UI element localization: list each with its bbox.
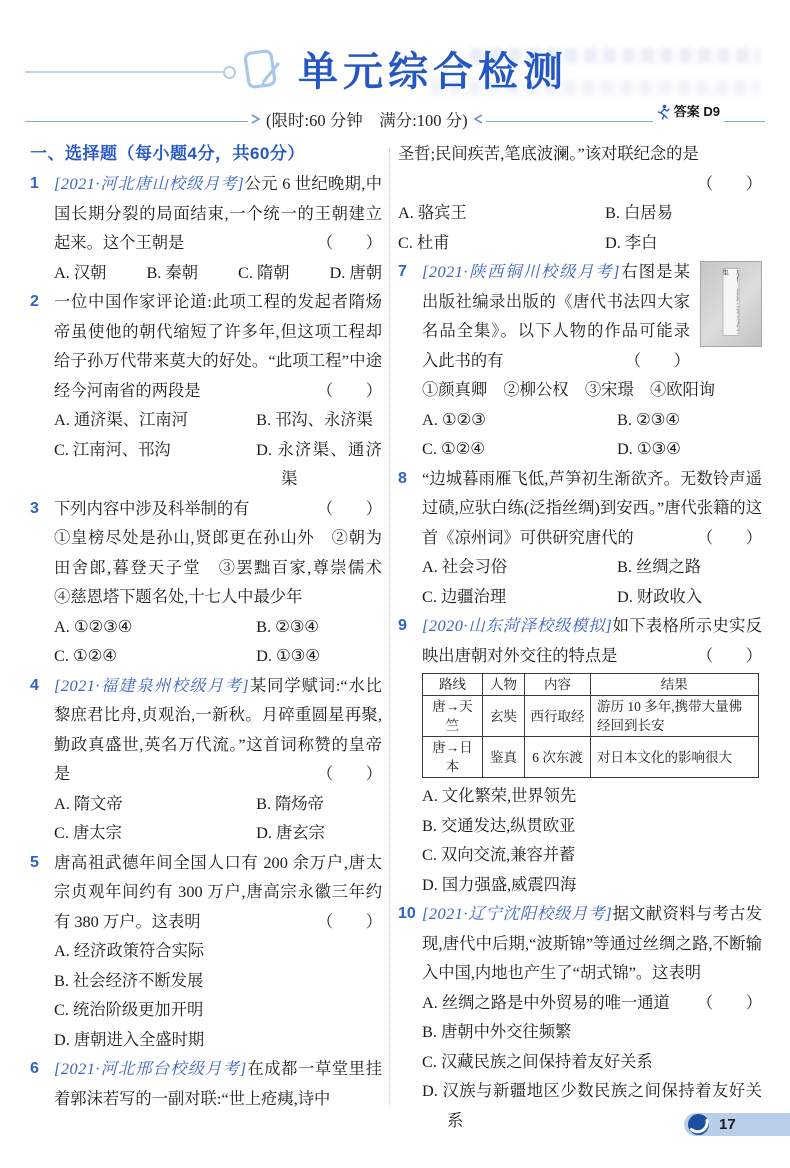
option-b: B. ②③④ — [256, 612, 382, 642]
option-a: A. 通济渠、江南河 — [54, 405, 256, 435]
question-number: 9 — [398, 611, 422, 899]
question-stem: [2020·山东菏泽校级模拟]如下表格所示史实反映出唐朝对外交往的特点是（ ） — [422, 611, 762, 670]
section-heading: 一、选择题（每小题4分，共60分） — [30, 139, 382, 169]
question-stem: 一位中国作家评论道:此项工程的发起者隋炀帝虽使他的朝代缩短了许多年,但这项工程却… — [54, 287, 382, 405]
page-marker-icon — [686, 1112, 711, 1137]
option-c: C. 统治阶级更加开明 — [54, 995, 382, 1025]
options-row: C. 杜甫 D. 李白 — [398, 228, 762, 258]
question-stem: “边城暮雨雁飞低,芦笋初生渐欲齐。无数铃声遥过碛,应驮白练(泛指丝绸)到安西。”… — [422, 464, 762, 553]
table-cell: 西行取经 — [525, 696, 591, 737]
options-row: C. 唐太宗 D. 唐玄宗 — [54, 818, 382, 848]
option-b: B. 社会经济不断发展 — [54, 966, 382, 996]
table-cell: 玄奘 — [483, 696, 525, 737]
question-1: 1 [2021·河北唐山校级月考]公元 6 世纪晚期,中国长期分裂的局面结束,一… — [30, 169, 382, 287]
question-4: 4 [2021·福建泉州校级月考]某同学赋词:“水比黎庶君比舟,贞观治,一新秋。… — [30, 671, 382, 848]
options-row: A. 骆宾王 B. 白居易 — [398, 198, 762, 228]
left-column: 一、选择题（每小题4分，共60分） 1 [2021·河北唐山校级月考]公元 6 … — [30, 139, 382, 1113]
header-decorative-line — [25, 71, 223, 73]
option-d: D. ①③④ — [256, 641, 382, 671]
question-number: 5 — [30, 848, 54, 1055]
option-b: B. 白居易 — [605, 198, 762, 228]
question-number: 8 — [398, 464, 422, 612]
answer-bracket: （ ） — [697, 641, 762, 671]
option-c: C. 唐太宗 — [54, 818, 256, 848]
option-b: B. 唐朝中外交往频繁 — [422, 1017, 762, 1047]
table-header: 路线 — [423, 674, 483, 696]
option-d: D. ①③④ — [617, 434, 762, 464]
table-row: 唐→天竺 玄奘 西行取经 游历 10 多年,携带大量佛经回到长安 — [423, 696, 759, 737]
question-stem: [2021·福建泉州校级月考]某同学赋词:“水比黎庶君比舟,贞观治,一新秋。月碎… — [54, 671, 382, 789]
options-row: C. ①②④ D. ①③④ — [54, 641, 382, 671]
question-stem-continuation: 圣哲;民间疾苦,笔底波澜。”该对联纪念的是 — [398, 139, 762, 169]
option-d: D. 唐朝 — [330, 258, 382, 288]
question-number: 10 — [398, 899, 422, 1135]
question-number: 4 — [30, 671, 54, 848]
question-number: 3 — [30, 494, 54, 671]
question-10: 10 [2021·辽宁沈阳校级月考]据文献资料与考古发现,唐代中后期,“波斯锦”… — [398, 899, 762, 1135]
table-header: 人物 — [483, 674, 525, 696]
options-row: A. 隋文帝 B. 隋炀帝 — [54, 789, 382, 819]
book-cover-caption: 唐代书法四大家名品全集 — [723, 269, 740, 335]
option-a: A. 社会习俗 — [422, 552, 617, 582]
table-cell: 唐→日本 — [423, 737, 483, 778]
option-c: C. 杜甫 — [398, 228, 605, 258]
question-source: [2021·河北唐山校级月考] — [54, 174, 244, 193]
question-source: [2020·山东菏泽校级模拟] — [422, 616, 612, 635]
option-c: C. 江南河、邗沟 — [54, 435, 256, 494]
option-a: A. 骆宾王 — [398, 198, 605, 228]
option-d: D. 唐玄宗 — [256, 818, 382, 848]
answer-bracket: （ ） — [317, 228, 382, 258]
question-number: 6 — [30, 1054, 54, 1113]
question-stem: [2021·河北邢台校级月考]在成都一草堂里挂着郭沫若写的一副对联:“世上疮痍,… — [54, 1054, 382, 1113]
question-stem: 唐高祖武德年间全国人口有 200 余万户,唐太宗贞观年间约有 300 万户,唐高… — [54, 848, 382, 937]
question-data-table: 路线 人物 内容 结果 唐→天竺 玄奘 西行取经 游历 10 多年,携带大量佛经… — [422, 673, 759, 778]
option-a: A. ①②③④ — [54, 612, 256, 642]
question-number: 2 — [30, 287, 54, 494]
option-b: B. 丝绸之路 — [617, 552, 762, 582]
option-a: A. ①②③ — [422, 405, 617, 435]
table-cell: 唐→天竺 — [423, 696, 483, 737]
test-page: 单元综合检测 (限时:60 分钟 满分:100 分) 答案 D9 一、选择题（每… — [0, 0, 790, 1168]
answers-reference-link[interactable]: 答案 D9 — [653, 101, 724, 122]
option-d: D. 李白 — [605, 228, 762, 258]
option-d: D. 唐朝进入全盛时期 — [54, 1025, 382, 1055]
options-row: A. 汉朝 B. 秦朝 C. 隋朝 D. 唐朝 — [54, 258, 382, 288]
answer-bracket: （ ） — [317, 759, 382, 789]
answer-bracket: （ ） — [625, 346, 690, 376]
question-6: 6 [2021·河北邢台校级月考]在成都一草堂里挂着郭沫若写的一副对联:“世上疮… — [30, 1054, 382, 1113]
question-source: [2021·辽宁沈阳校级月考] — [422, 904, 612, 923]
question-8: 8 “边城暮雨雁飞低,芦笋初生渐欲齐。无数铃声遥过碛,应驮白练(泛指丝绸)到安西… — [398, 464, 762, 612]
question-5: 5 唐高祖武德年间全国人口有 200 余万户,唐太宗贞观年间约有 300 万户,… — [30, 848, 382, 1055]
option-b: B. 隋炀帝 — [256, 789, 382, 819]
option-c: C. 隋朝 — [238, 258, 290, 288]
option-c: C. ①②④ — [422, 434, 617, 464]
answer-bracket: （ ） — [697, 523, 762, 553]
arrow-right-icon — [251, 113, 261, 125]
question-stem: [2021·河北唐山校级月考]公元 6 世纪晚期,中国长期分裂的局面结束,一个统… — [54, 169, 382, 258]
page-title: 单元综合检测 — [298, 40, 568, 97]
option-b: B. 交通发达,纵贯欧亚 — [422, 811, 762, 841]
option-a: A. 隋文帝 — [54, 789, 256, 819]
question-items: ①皇榜尽处是孙山,贤郎更在孙山外 ②朝为田舍郎,暮登天子堂 ③罢黜百家,尊崇儒术… — [54, 523, 382, 612]
question-source: [2021·陕西铜川校级月考] — [422, 262, 620, 281]
column-divider — [389, 148, 390, 1106]
table-cell: 鉴真 — [483, 737, 525, 778]
answer-bracket: （ ） — [317, 907, 382, 937]
option-a: A. 经济政策符合实际 — [54, 936, 382, 966]
question-items: ①颜真卿 ②柳公权 ③宋璟 ④欧阳询 — [422, 375, 762, 405]
notebook-pen-icon — [240, 45, 286, 93]
question-6-continuation: 圣哲;民间疾苦,笔底波澜。”该对联纪念的是 （ ） A. 骆宾王 B. 白居易 … — [398, 139, 762, 257]
question-source: [2021·河北邢台校级月考] — [54, 1059, 247, 1078]
question-7: 7 唐代书法四大家名品全集 [2021·陕西铜川校级月考]右图是某出版社编录出版… — [398, 257, 762, 464]
answer-bracket: （ ） — [317, 376, 382, 406]
table-header: 结果 — [591, 674, 759, 696]
answer-bracket: （ ） — [398, 169, 762, 199]
options-row: A. ①②③ B. ②③④ — [422, 405, 762, 435]
page-number-bar: 17 — [684, 1113, 790, 1136]
answer-bracket: （ ） — [697, 988, 762, 1018]
options-row: A. 社会习俗 B. 丝绸之路 — [422, 552, 762, 582]
option-a: A. 汉朝 — [54, 258, 106, 288]
option-c: C. ①②④ — [54, 641, 256, 671]
options-row: C. 江南河、邗沟 D. 永济渠、通济渠 — [54, 435, 382, 494]
options-row: A. 通济渠、江南河 B. 邗沟、永济渠 — [54, 405, 382, 435]
options-row: C. ①②④ D. ①③④ — [422, 434, 762, 464]
option-b: B. 邗沟、永济渠 — [256, 405, 382, 435]
option-b: B. 秦朝 — [146, 258, 198, 288]
subtitle-text: (限时:60 分钟 满分:100 分) — [266, 107, 468, 131]
time-score-note: (限时:60 分钟 满分:100 分) — [248, 107, 486, 131]
question-number: 1 — [30, 169, 54, 287]
question-3: 3 下列内容中涉及科举制的有（ ） ①皇榜尽处是孙山,贤郎更在孙山外 ②朝为田舍… — [30, 494, 382, 671]
question-2: 2 一位中国作家评论道:此项工程的发起者隋炀帝虽使他的朝代缩短了许多年,但这项工… — [30, 287, 382, 494]
table-header: 内容 — [525, 674, 591, 696]
answers-label: 答案 D9 — [674, 101, 720, 120]
option-d: D. 财政收入 — [617, 582, 762, 612]
option-a: A. 文化繁荣,世界领先 — [422, 781, 762, 811]
arrow-left-icon — [473, 113, 483, 125]
option-d: D. 国力强盛,威震四海 — [422, 870, 762, 900]
option-c: C. 汉藏民族之间保持着友好关系 — [422, 1047, 762, 1077]
table-cell: 游历 10 多年,携带大量佛经回到长安 — [591, 696, 759, 737]
options-row: C. 边疆治理 D. 财政收入 — [422, 582, 762, 612]
answer-bracket: （ ） — [317, 494, 382, 524]
book-cover-image: 唐代书法四大家名品全集 — [700, 261, 762, 347]
table-row: 唐→日本 鉴真 6 次东渡 对日本文化的影响很大 — [423, 737, 759, 778]
option-b: B. ②③④ — [617, 405, 762, 435]
option-d: D. 永济渠、通济渠 — [256, 435, 382, 494]
question-source: [2021·福建泉州校级月考] — [54, 676, 249, 695]
question-9: 9 [2020·山东菏泽校级模拟]如下表格所示史实反映出唐朝对外交往的特点是（ … — [398, 611, 762, 899]
page-number: 17 — [719, 1116, 736, 1133]
question-number: 7 — [398, 257, 422, 464]
question-stem: [2021·辽宁沈阳校级月考]据文献资料与考古发现,唐代中后期,“波斯锦”等通过… — [422, 899, 762, 988]
runner-icon — [657, 104, 670, 120]
table-cell: 对日本文化的影响很大 — [591, 737, 759, 778]
question-stem: 下列内容中涉及科举制的有（ ） — [54, 494, 382, 524]
page-title-block: 单元综合检测 — [240, 40, 568, 97]
options-row: A. ①②③④ B. ②③④ — [54, 612, 382, 642]
right-column: 圣哲;民间疾苦,笔底波澜。”该对联纪念的是 （ ） A. 骆宾王 B. 白居易 … — [398, 139, 762, 1135]
table-cell: 6 次东渡 — [525, 737, 591, 778]
ring-icon — [223, 66, 236, 79]
option-c: C. 双向交流,兼容并蓄 — [422, 840, 762, 870]
option-c: C. 边疆治理 — [422, 582, 617, 612]
